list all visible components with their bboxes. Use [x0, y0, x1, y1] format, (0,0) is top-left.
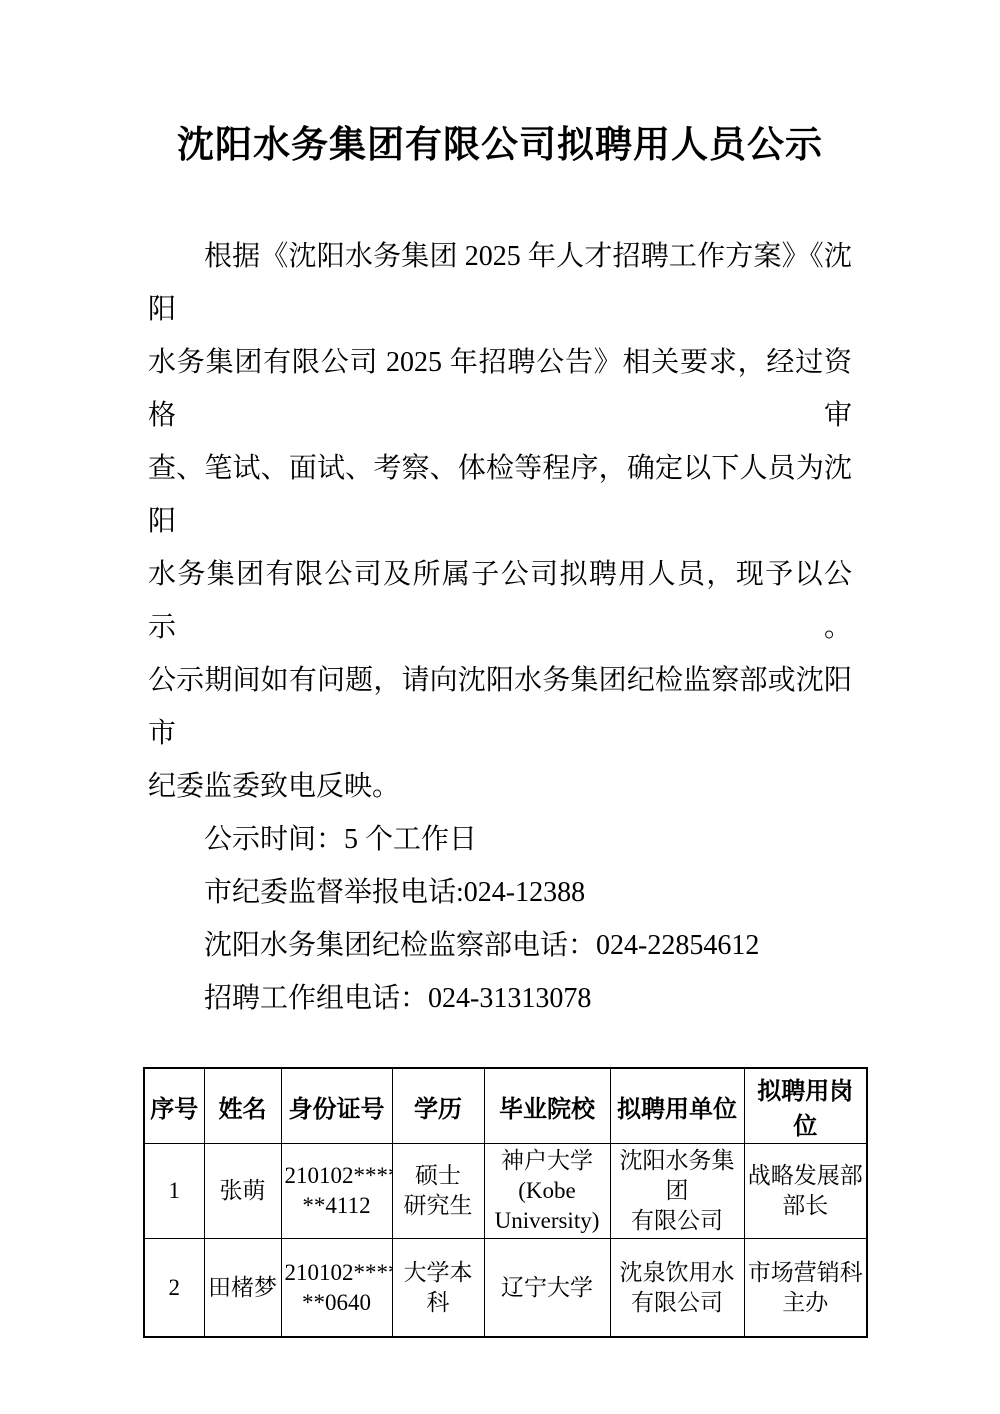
cell-hiring-unit: 沈阳水务集团 有限公司: [610, 1144, 744, 1239]
cell-serial-number: 2: [144, 1239, 204, 1338]
cell-name: 张萌: [204, 1144, 281, 1239]
cell-id-number: 210102****** **4112: [281, 1144, 392, 1239]
cell-education: 大学本科: [392, 1239, 484, 1338]
paragraph-line: 水务集团有限公司 2025 年招聘公告》相关要求，经过资格审: [148, 336, 852, 442]
header-name: 姓名: [204, 1068, 281, 1144]
paragraph-line: 水务集团有限公司及所属子公司拟聘用人员，现予以公示。: [148, 548, 852, 654]
header-hiring-position: 拟聘用岗位: [744, 1068, 867, 1144]
paragraph-line: 查、笔试、面试、考察、体检等程序，确定以下人员为沈阳: [148, 442, 852, 548]
document-page: 沈阳水务集团有限公司拟聘用人员公示 根据《沈阳水务集团 2025 年人才招聘工作…: [0, 0, 1000, 1414]
cell-hiring-position: 市场营销科 主办: [744, 1239, 867, 1338]
header-education: 学历: [392, 1068, 484, 1144]
paragraph-line: 根据《沈阳水务集团 2025 年人才招聘工作方案》《沈阳: [148, 230, 852, 336]
cell-serial-number: 1: [144, 1144, 204, 1239]
header-hiring-unit: 拟聘用单位: [610, 1068, 744, 1144]
paragraph-line: 公示期间如有问题，请向沈阳水务集团纪检监察部或沈阳市: [148, 654, 852, 760]
table-row: 2 田楮梦 210102****** **0640 大学本科 辽宁大学 沈泉饮用…: [144, 1239, 867, 1338]
document-body: 根据《沈阳水务集团 2025 年人才招聘工作方案》《沈阳 水务集团有限公司 20…: [148, 230, 852, 1025]
intro-paragraph: 根据《沈阳水务集团 2025 年人才招聘工作方案》《沈阳 水务集团有限公司 20…: [148, 230, 852, 813]
city-commission-hotline-line: 市纪委监督举报电话:024-12388: [148, 866, 852, 919]
cell-id-number: 210102****** **0640: [281, 1239, 392, 1338]
cell-graduate-school: 神户大学 (Kobe University): [484, 1144, 610, 1239]
cell-hiring-position: 战略发展部 部长: [744, 1144, 867, 1239]
cell-graduate-school: 辽宁大学: [484, 1239, 610, 1338]
table-header-row: 序号 姓名 身份证号 学历 毕业院校 拟聘用单位 拟聘用岗位: [144, 1068, 867, 1144]
document-title: 沈阳水务集团有限公司拟聘用人员公示: [0, 0, 1000, 172]
cell-name: 田楮梦: [204, 1239, 281, 1338]
cell-hiring-unit: 沈泉饮用水 有限公司: [610, 1239, 744, 1338]
candidates-table: 序号 姓名 身份证号 学历 毕业院校 拟聘用单位 拟聘用岗位 1 张萌 2101…: [143, 1067, 868, 1338]
header-id-number: 身份证号: [281, 1068, 392, 1144]
publicity-period-line: 公示时间：5 个工作日: [148, 813, 852, 866]
paragraph-line: 纪委监委致电反映。: [148, 760, 852, 813]
group-discipline-hotline-line: 沈阳水务集团纪检监察部电话：024-22854612: [148, 919, 852, 972]
header-graduate-school: 毕业院校: [484, 1068, 610, 1144]
candidates-table-wrap: 序号 姓名 身份证号 学历 毕业院校 拟聘用单位 拟聘用岗位 1 张萌 2101…: [143, 1067, 1000, 1338]
table-row: 1 张萌 210102****** **4112 硕士 研究生 神户大学 (Ko…: [144, 1144, 867, 1239]
cell-education: 硕士 研究生: [392, 1144, 484, 1239]
header-serial-number: 序号: [144, 1068, 204, 1144]
recruitment-office-hotline-line: 招聘工作组电话：024-31313078: [148, 972, 852, 1025]
contact-info-block: 公示时间：5 个工作日 市纪委监督举报电话:024-12388 沈阳水务集团纪检…: [148, 813, 852, 1025]
